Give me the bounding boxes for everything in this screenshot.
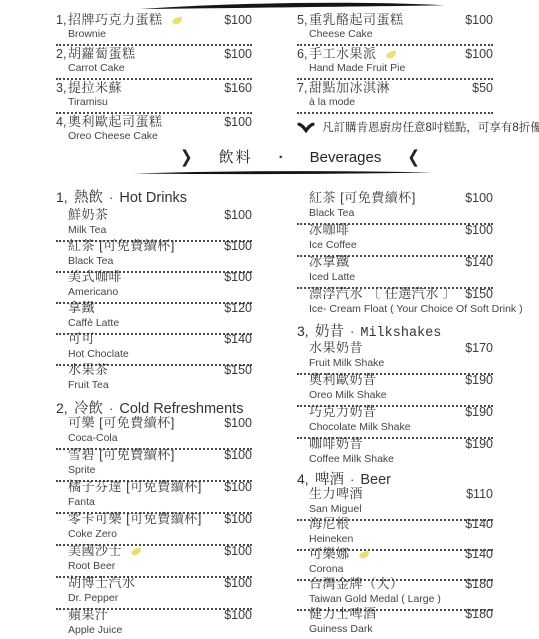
dessert-column-right: 5, 重乳酪起司蛋糕 $100 Cheese Cake 6, 手工水果派 $10… <box>297 12 493 135</box>
menu-item: 蘋果汁 $100 Apple Juice <box>56 607 252 639</box>
menu-item: 台灣金牌（大） $180 Taiwan Gold Medal ( Large ) <box>297 576 493 606</box>
item-name-zh: 漂浮汽水 〔 任選汽水 〕 <box>309 286 456 301</box>
item-price: $140 <box>465 255 493 270</box>
item-name-en: Americano <box>56 286 252 299</box>
item-price: $100 <box>224 239 252 254</box>
menu-item: 拿鐵 $120 Caffè Latte <box>56 300 252 331</box>
item-name-en: Coca-Cola <box>56 432 252 445</box>
item-name-zh: 紅茶 [可免費續杯] <box>68 238 175 253</box>
beer-list: 生力啤酒 $110 San Miguel 海尼根 $140 Heineken <box>297 486 493 636</box>
item-name-zh: 可樂娜 <box>309 546 350 561</box>
item-name-en: Chocolate Milk Shake <box>297 421 493 434</box>
item-name-en: Iced Latte <box>297 271 493 284</box>
menu-item: 巧克力奶昔 $190 Chocolate Milk Shake <box>297 404 493 436</box>
item-name-zh: 橘子芬達 [可免費續杯] <box>68 479 202 494</box>
item-name-zh: 奧利歐奶昔 <box>309 372 377 387</box>
item-price: $100 <box>224 480 252 495</box>
item-price: $180 <box>465 607 493 622</box>
item-name-zh: 雪碧 [可免費續杯] <box>68 447 175 462</box>
menu-item: 5, 重乳酪起司蛋糕 $100 Cheese Cake <box>297 12 493 46</box>
item-name-en: Heineken <box>297 533 493 546</box>
menu-item: 1, 招牌巧克力蛋糕 $100 Brownie <box>56 12 252 46</box>
menu-item: 美式咖啡 $100 Americano <box>56 269 252 300</box>
menu-item: 零卡可樂 [可免費續杯] $100 Coke Zero <box>56 511 252 543</box>
menu-item: 可可 $140 Hot Choclate <box>56 331 252 362</box>
menu-item: 冰拿鐵 $140 Iced Latte <box>297 254 493 286</box>
item-name-zh: 提拉米蘇 <box>68 80 122 96</box>
item-number: 1, <box>56 12 68 28</box>
item-price: $140 <box>465 547 493 562</box>
item-name-zh: 美式咖啡 <box>68 269 122 284</box>
dessert-column-left: 1, 招牌巧克力蛋糕 $100 Brownie 2, 胡蘿蔔蛋糕 $100 Ca… <box>56 12 252 148</box>
item-number: 7, <box>297 80 309 96</box>
item-name-zh: 拿鐵 <box>68 300 95 315</box>
item-price: $100 <box>465 46 493 62</box>
item-name-en: Brownie <box>56 28 252 41</box>
section-title-en: Milkshakes <box>360 326 441 341</box>
item-name-zh: 海尼根 <box>309 516 350 531</box>
item-price: $100 <box>465 12 493 28</box>
item-price: $190 <box>465 437 493 452</box>
item-name-zh: 水果奶昔 <box>309 340 363 355</box>
section-dot: · <box>350 324 354 339</box>
item-number: 3, <box>56 80 68 96</box>
item-name-en: Apple Juice <box>56 624 252 637</box>
item-price: $170 <box>465 341 493 356</box>
item-price: $110 <box>466 487 493 502</box>
section-title-milkshakes: 3, 奶昔 · Milkshakes <box>297 318 493 340</box>
item-name-zh: 健力士啤酒 <box>309 606 377 621</box>
item-price: $180 <box>465 577 493 592</box>
menu-item: 可樂娜 $140 Corona <box>297 546 493 576</box>
cold-refreshments-list: 可樂 [可免費續杯] $100 Coca-Cola 雪碧 [可免費續杯] $10… <box>56 415 252 639</box>
section-title-en: Hot Drinks <box>119 190 187 206</box>
menu-item: 漂浮汽水 〔 任選汽水 〕 $150 Ice- Cream Float ( Yo… <box>297 286 493 318</box>
item-number: 4, <box>56 114 68 130</box>
item-name-zh: 水果茶 <box>68 362 109 377</box>
item-name-en: Hot Choclate <box>56 348 252 361</box>
section-title-cold-refreshments: 2, 冷飲 · Cold Refreshments <box>56 393 252 415</box>
item-price: $100 <box>465 223 493 238</box>
item-name-en: Carrot Cake <box>56 62 252 75</box>
item-name-en: Ice Coffee <box>297 239 493 252</box>
item-price: $100 <box>224 576 252 591</box>
item-price: $100 <box>224 12 252 28</box>
item-name-en: Fanta <box>56 496 252 509</box>
item-name-zh: 胡博士汽水 <box>68 575 136 590</box>
section-title-zh: 奶昔 <box>315 320 344 341</box>
item-price: $100 <box>224 46 252 62</box>
item-name-en: Ice- Cream Float ( Your Choice Of Soft D… <box>297 303 493 316</box>
promo-note: 凡訂購肯恩廚房任意8吋糕點，可享有8折優惠 <box>297 119 493 135</box>
recommended-icon <box>357 549 370 560</box>
item-name-zh: 鮮奶茶 <box>68 207 109 222</box>
item-name-en: Coffee Milk Shake <box>297 453 493 466</box>
menu-item: 橘子芬達 [可免費續杯] $100 Fanta <box>56 479 252 511</box>
item-name-en: Fruit Tea <box>56 379 252 392</box>
item-name-zh: 零卡可樂 [可免費續杯] <box>68 511 202 526</box>
item-name-zh: 冰拿鐵 <box>309 254 350 269</box>
banner-title-zh: 飲料 <box>219 146 253 167</box>
chevron-right-icon: ❯ <box>180 147 193 168</box>
item-name-zh: 可樂 [可免費續杯] <box>68 415 175 430</box>
item-name-en: Root Beer <box>56 560 252 573</box>
item-price: $150 <box>465 287 493 302</box>
item-name-zh: 冰咖啡 <box>309 222 350 237</box>
section-number: 2, <box>56 400 68 416</box>
section-number: 1, <box>56 189 68 205</box>
menu-item: 水果奶昔 $170 Fruit Milk Shake <box>297 340 493 372</box>
item-name-zh: 台灣金牌（大） <box>309 576 404 591</box>
item-name-en: Dr. Pepper <box>56 592 252 605</box>
item-name-zh: 甜點加冰淇淋 <box>309 80 390 96</box>
menu-item: 3, 提拉米蘇 $160 Tiramisu <box>56 80 252 114</box>
item-name-zh: 紅茶 [可免費續杯] <box>309 190 416 205</box>
item-price: $100 <box>224 544 252 559</box>
dotted-divider <box>297 110 493 114</box>
item-name-en: Hand Made Fruit Pie <box>297 62 493 75</box>
item-price: $100 <box>224 114 252 130</box>
item-name-en: à la mode <box>297 96 493 109</box>
banner-dot: · <box>279 149 284 166</box>
section-title-beer: 4, 啤酒 · Beer <box>297 468 493 486</box>
item-name-en: Fruit Milk Shake <box>297 357 493 370</box>
menu-item: 雪碧 [可免費續杯] $100 Sprite <box>56 447 252 479</box>
item-name-zh: 巧克力奶昔 <box>309 404 377 419</box>
menu-item: 紅茶 [可免費續杯] $100 Black Tea <box>297 190 493 222</box>
menu-item: 海尼根 $140 Heineken <box>297 516 493 546</box>
item-name-zh: 奧利歐起司蛋糕 <box>68 114 163 130</box>
menu-page: 1, 招牌巧克力蛋糕 $100 Brownie 2, 胡蘿蔔蛋糕 $100 Ca… <box>0 0 539 639</box>
beverages-section-banner: ❯ 飲料 · Beverages ❮ <box>150 146 450 164</box>
item-name-en: Corona <box>297 563 493 576</box>
menu-item: 2, 胡蘿蔔蛋糕 $100 Carrot Cake <box>56 46 252 80</box>
menu-item: 生力啤酒 $110 San Miguel <box>297 486 493 516</box>
menu-item: 胡博士汽水 $100 Dr. Pepper <box>56 575 252 607</box>
menu-item: 冰咖啡 $100 Ice Coffee <box>297 222 493 254</box>
item-name-en: Black Tea <box>297 207 493 220</box>
item-name-en: Milk Tea <box>56 224 252 237</box>
item-price: $140 <box>224 332 252 347</box>
menu-item: 咖啡奶昔 $190 Coffee Milk Shake <box>297 436 493 468</box>
hot-drinks-list: 鮮奶茶 $100 Milk Tea 紅茶 [可免費續杯] $100 Black … <box>56 207 252 393</box>
item-name-en: Coke Zero <box>56 528 252 541</box>
section-dot: · <box>109 401 113 416</box>
item-price: $100 <box>465 191 493 206</box>
item-price: $160 <box>224 80 252 96</box>
item-name-zh: 重乳酪起司蛋糕 <box>309 12 404 28</box>
promo-note-text: 凡訂購肯恩廚房任意8吋糕點，可享有8折優惠 <box>322 119 539 135</box>
bird-check-icon <box>297 122 315 133</box>
item-price: $100 <box>224 448 252 463</box>
menu-item: 可樂 [可免費續杯] $100 Coca-Cola <box>56 415 252 447</box>
section-dot: · <box>109 190 113 205</box>
item-price: $50 <box>472 80 493 96</box>
menu-item: 美國沙士 $100 Root Beer <box>56 543 252 575</box>
item-name-en: Caffè Latte <box>56 317 252 330</box>
section-title-zh: 熱飲 <box>74 186 103 207</box>
cold-refreshments-continued-list: 紅茶 [可免費續杯] $100 Black Tea 冰咖啡 $100 Ice C… <box>297 190 493 318</box>
item-name-en: Sprite <box>56 464 252 477</box>
item-price: $100 <box>224 416 252 431</box>
banner-underline-swoosh <box>130 167 436 177</box>
section-title-hot-drinks: 1, 熱飲 · Hot Drinks <box>56 186 252 207</box>
item-name-zh: 手工水果派 <box>309 46 377 62</box>
beverage-column-left: 1, 熱飲 · Hot Drinks 鮮奶茶 $100 Milk Tea <box>56 186 252 639</box>
menu-item: 鮮奶茶 $100 Milk Tea <box>56 207 252 238</box>
banner-title-en: Beverages <box>310 149 382 166</box>
item-price: $120 <box>224 301 252 316</box>
section-number: 4, <box>297 471 309 487</box>
item-name-zh: 招牌巧克力蛋糕 <box>68 12 163 28</box>
item-name-en: Black Tea <box>56 255 252 268</box>
item-price: $100 <box>224 270 252 285</box>
item-price: $100 <box>224 608 252 623</box>
menu-item: 紅茶 [可免費續杯] $100 Black Tea <box>56 238 252 269</box>
item-name-zh: 蘋果汁 <box>68 607 109 622</box>
menu-item: 奧利歐奶昔 $190 Oreo Milk Shake <box>297 372 493 404</box>
menu-item: 6, 手工水果派 $100 Hand Made Fruit Pie <box>297 46 493 80</box>
item-name-zh: 胡蘿蔔蛋糕 <box>68 46 136 62</box>
item-number: 2, <box>56 46 68 62</box>
section-title-en: Beer <box>360 472 391 488</box>
item-name-zh: 咖啡奶昔 <box>309 436 363 451</box>
item-name-en: Oreo Milk Shake <box>297 389 493 402</box>
recommended-icon <box>384 49 397 60</box>
item-name-en: Tiramisu <box>56 96 252 109</box>
item-price: $100 <box>224 512 252 527</box>
beverage-column-right: 紅茶 [可免費續杯] $100 Black Tea 冰咖啡 $100 Ice C… <box>297 190 493 636</box>
item-name-en: Guiness Dark <box>297 623 493 636</box>
item-price: $100 <box>224 208 252 223</box>
menu-item: 7, 甜點加冰淇淋 $50 à la mode <box>297 80 493 114</box>
item-name-zh: 美國沙士 <box>68 543 122 558</box>
item-name-en: Cheese Cake <box>297 28 493 41</box>
recommended-icon <box>129 546 142 557</box>
item-price: $190 <box>465 405 493 420</box>
item-price: $140 <box>465 517 493 532</box>
item-name-zh: 可可 <box>68 331 95 346</box>
item-name-zh: 生力啤酒 <box>309 486 363 501</box>
section-dot: · <box>350 472 354 487</box>
item-number: 5, <box>297 12 309 28</box>
item-name-en: Taiwan Gold Medal ( Large ) <box>297 593 493 606</box>
recommended-icon <box>170 15 183 26</box>
item-name-en: San Miguel <box>297 503 493 516</box>
milkshakes-list: 水果奶昔 $170 Fruit Milk Shake 奧利歐奶昔 $190 Or… <box>297 340 493 468</box>
menu-item: 健力士啤酒 $180 Guiness Dark <box>297 606 493 636</box>
menu-item: 水果茶 $150 Fruit Tea <box>56 362 252 393</box>
item-number: 6, <box>297 46 309 62</box>
chevron-left-icon: ❮ <box>407 147 420 168</box>
item-price: $150 <box>224 363 252 378</box>
item-price: $190 <box>465 373 493 388</box>
item-name-en: Oreo Cheese Cake <box>56 130 252 143</box>
section-number: 3, <box>297 323 309 339</box>
menu-item: 4, 奧利歐起司蛋糕 $100 Oreo Cheese Cake <box>56 114 252 148</box>
